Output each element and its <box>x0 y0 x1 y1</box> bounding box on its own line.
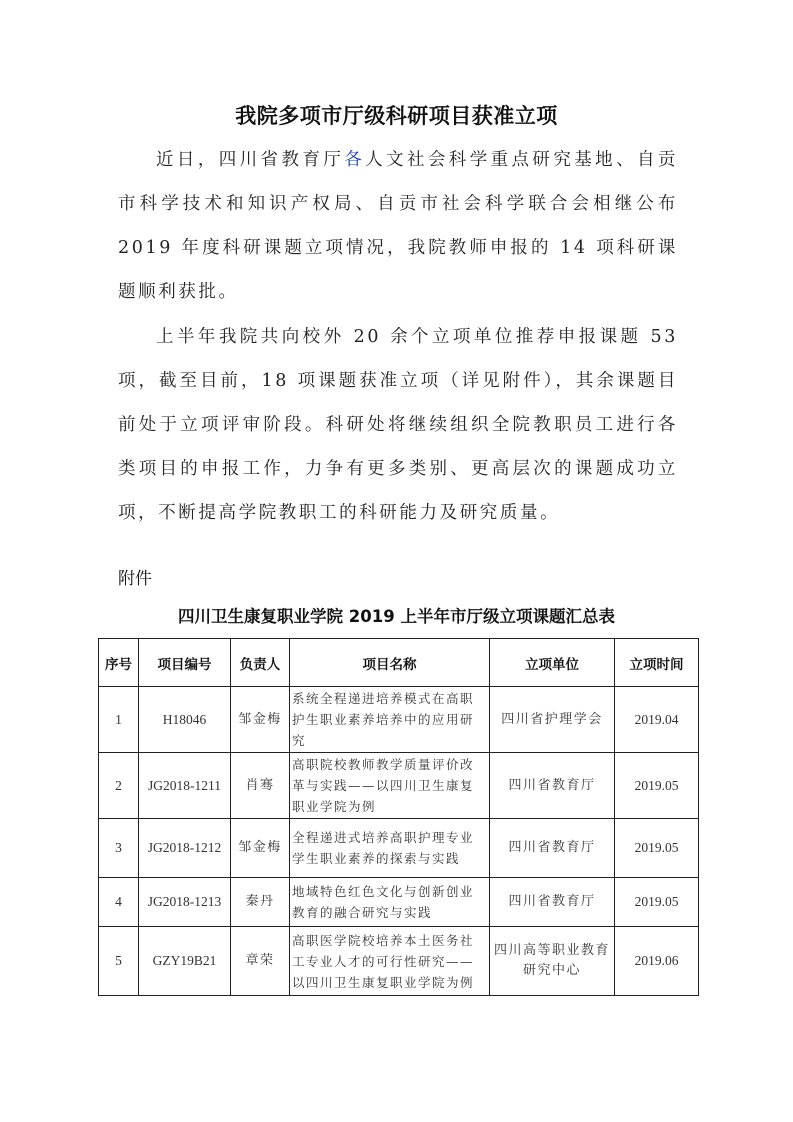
cell-seq: 3 <box>99 819 139 878</box>
cell-seq: 5 <box>99 927 139 996</box>
cell-unit: 四川省教育厅 <box>490 878 615 927</box>
projects-table: 序号 项目编号 负责人 项目名称 立项单位 立项时间 1 H18046 邹金梅 … <box>98 638 699 996</box>
cell-owner: 章荣 <box>231 927 290 996</box>
cell-unit: 四川省教育厅 <box>490 819 615 878</box>
table-row: 5 GZY19B21 章荣 高职医学院校培养本土医务社工专业人才的可行性研究——… <box>99 927 699 996</box>
header-seq: 序号 <box>99 639 139 687</box>
header-name: 项目名称 <box>290 639 490 687</box>
header-owner: 负责人 <box>231 639 290 687</box>
table-row: 3 JG2018-1212 邹金梅 全程递进式培养高职护理专业学生职业素养的探索… <box>99 819 699 878</box>
cell-code: GZY19B21 <box>139 927 231 996</box>
paragraph-1-start: 近日，四川省教育厅 <box>156 150 344 170</box>
cell-unit: 四川省护理学会 <box>490 687 615 753</box>
table-row: 2 JG2018-1211 肖骞 高职院校教师教学质量评价改革与实践——以四川卫… <box>99 753 699 819</box>
table-row: 4 JG2018-1213 秦丹 地域特色红色文化与创新创业教育的融合研究与实践… <box>99 878 699 927</box>
cell-date: 2019.05 <box>615 753 699 819</box>
cell-unit: 四川省教育厅 <box>490 753 615 819</box>
cell-seq: 2 <box>99 753 139 819</box>
header-date: 立项时间 <box>615 639 699 687</box>
cell-code: JG2018-1213 <box>139 878 231 927</box>
header-unit: 立项单位 <box>490 639 615 687</box>
cell-name: 全程递进式培养高职护理专业学生职业素养的探索与实践 <box>290 819 490 878</box>
cell-name: 高职院校教师教学质量评价改革与实践——以四川卫生康复职业学院为例 <box>290 753 490 819</box>
paragraph-1-rest: 人文社会科学重点研究基地、自贡市科学技术和知识产权局、自贡市社会科学联合会相继公… <box>118 150 678 302</box>
cell-owner: 秦丹 <box>231 878 290 927</box>
cell-code: H18046 <box>139 687 231 753</box>
article-title: 我院多项市厅级科研项目获准立项 <box>0 100 793 130</box>
cell-date: 2019.04 <box>615 687 699 753</box>
cell-seq: 1 <box>99 687 139 753</box>
table-title: 四川卫生康复职业学院 2019 上半年市厅级立项课题汇总表 <box>0 603 793 627</box>
cell-owner: 邹金梅 <box>231 819 290 878</box>
cell-name: 系统全程递进培养模式在高职护生职业素养培养中的应用研究 <box>290 687 490 753</box>
cell-owner: 肖骞 <box>231 753 290 819</box>
cell-code: JG2018-1211 <box>139 753 231 819</box>
cell-seq: 4 <box>99 878 139 927</box>
header-code: 项目编号 <box>139 639 231 687</box>
paragraph-1: 近日，四川省教育厅各人文社会科学重点研究基地、自贡市科学技术和知识产权局、自贡市… <box>118 138 678 314</box>
cell-date: 2019.05 <box>615 819 699 878</box>
cell-date: 2019.05 <box>615 878 699 927</box>
table-row: 1 H18046 邹金梅 系统全程递进培养模式在高职护生职业素养培养中的应用研究… <box>99 687 699 753</box>
cell-code: JG2018-1212 <box>139 819 231 878</box>
paragraph-2: 上半年我院共向校外 20 余个立项单位推荐申报课题 53 项，截至目前，18 项… <box>118 315 678 535</box>
cell-date: 2019.06 <box>615 927 699 996</box>
cell-unit: 四川高等职业教育研究中心 <box>490 927 615 996</box>
cell-name: 高职医学院校培养本土医务社工专业人才的可行性研究——以四川卫生康复职业学院为例 <box>290 927 490 996</box>
cell-name: 地域特色红色文化与创新创业教育的融合研究与实践 <box>290 878 490 927</box>
cell-owner: 邹金梅 <box>231 687 290 753</box>
highlighted-char: 各 <box>344 150 365 170</box>
attachment-label: 附件 <box>118 564 152 589</box>
table-header-row: 序号 项目编号 负责人 项目名称 立项单位 立项时间 <box>99 639 699 687</box>
